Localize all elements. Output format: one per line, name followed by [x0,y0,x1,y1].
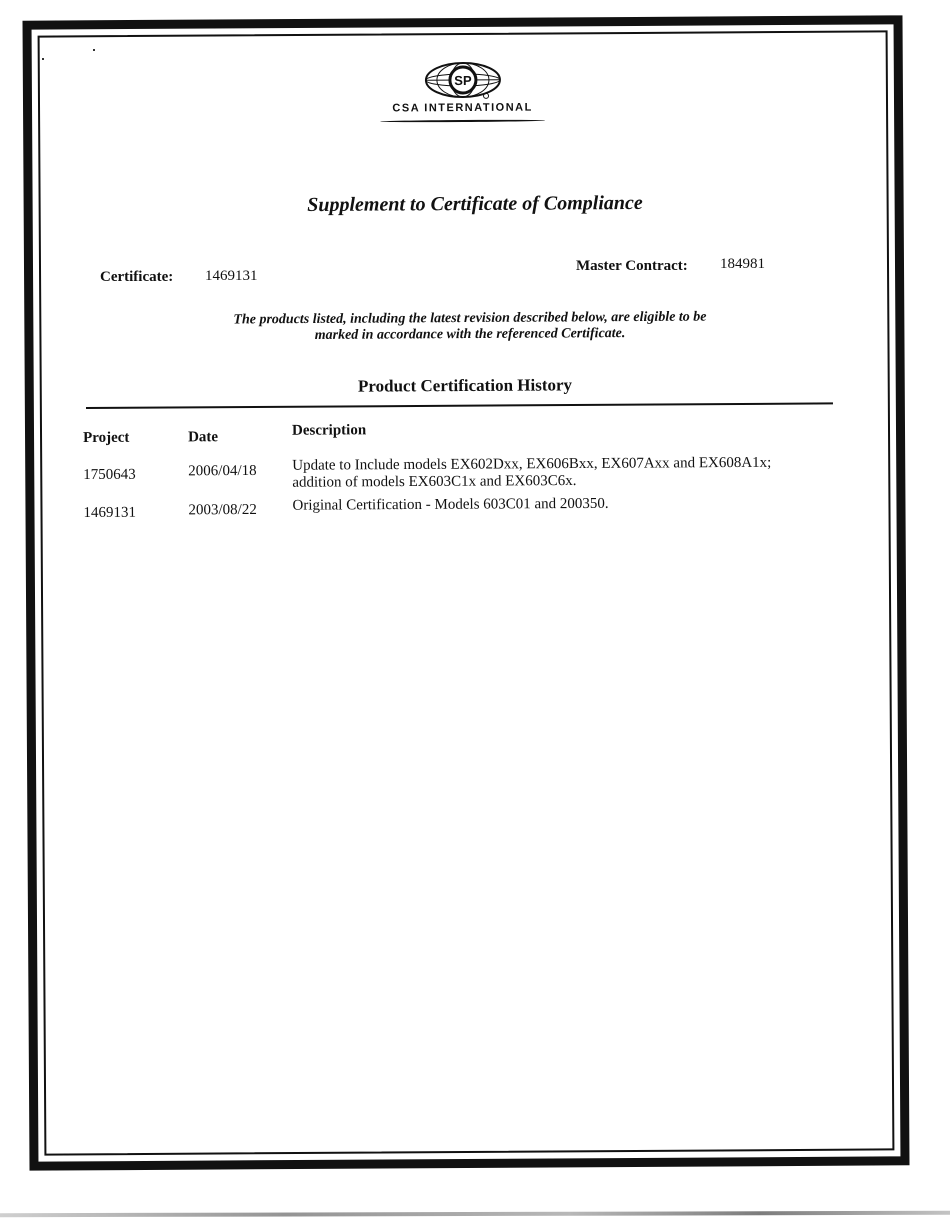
project-cell: 1750643 [83,458,188,493]
header-description: Description [292,419,843,445]
date-cell: 2003/08/22 [188,498,292,522]
csa-logo: SP CSA INTERNATIONAL [375,59,550,122]
svg-text:SP: SP [454,73,472,88]
table-header: Project Date Description [83,425,843,447]
certificate-border [22,15,909,1170]
scan-speck [93,49,95,51]
certificate-number: 1469131 [205,268,258,285]
description-line-1: Update to Include models EX602Dxx, EX606… [292,454,843,474]
table-row: 1469131 2003/08/22 Original Certificatio… [83,494,843,522]
eligibility-notice: The products listed, including the lates… [180,309,760,345]
scan-speck [42,58,44,60]
header-date: Date [188,429,292,447]
date-cell: 2006/04/18 [188,458,292,493]
project-cell: 1469131 [83,498,188,522]
csa-globe-icon: SP [423,60,501,100]
master-contract-label: Master Contract: [576,258,688,275]
logo-text: CSA INTERNATIONAL [375,101,550,114]
scan-artifact-line [0,1211,950,1217]
description-cell: Original Certification - Models 603C01 a… [292,494,843,520]
master-contract-number: 184981 [720,256,765,273]
certificate-label: Certificate: [100,269,173,286]
description-line-2: addition of models EX603C1x and EX603C6x… [292,471,843,491]
certification-history-table: Project Date Description 1750643 2006/04… [83,425,844,528]
table-row: 1750643 2006/04/18 Update to Include mod… [83,454,843,493]
description-cell: Update to Include models EX602Dxx, EX606… [292,454,843,491]
description-line-1: Original Certification - Models 603C01 a… [292,494,843,514]
header-project: Project [83,429,188,447]
